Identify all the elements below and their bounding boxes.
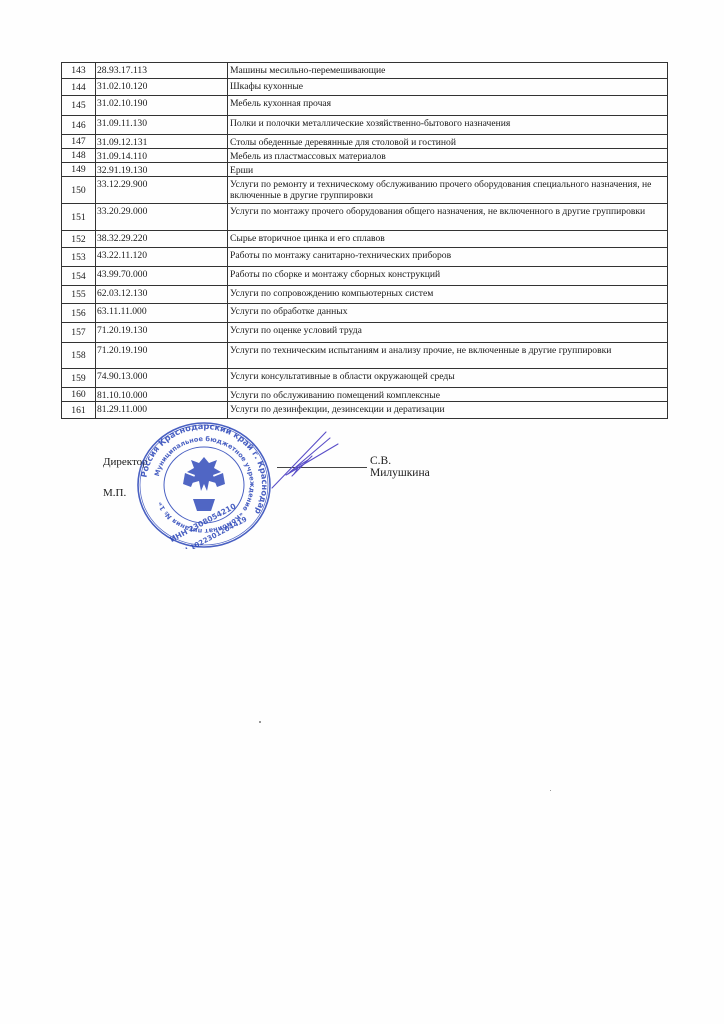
item-name-cell: Услуги по монтажу прочего оборудования о… (228, 204, 668, 231)
item-name-cell: Услуги по сопровождению компьютерных сис… (228, 286, 668, 304)
table-row: 15443.99.70.000Работы по сборке и монтаж… (62, 267, 668, 286)
table-row: 14831.09.14.110Мебель из пластмассовых м… (62, 149, 668, 163)
table-row: 16081.10.10.000Услуги по обслуживанию по… (62, 388, 668, 402)
item-name-cell: Услуги по обработке данных (228, 304, 668, 323)
table-row: 14431.02.10.120Шкафы кухонные (62, 79, 668, 96)
item-name-cell: Мебель из пластмассовых материалов (228, 149, 668, 163)
table-row: 15663.11.11.000Услуги по обработке данны… (62, 304, 668, 323)
item-name-cell: Сырье вторичное цинка и его сплавов (228, 231, 668, 248)
row-number-cell: 154 (62, 267, 96, 286)
row-number-cell: 152 (62, 231, 96, 248)
okpd-code-cell: 31.02.10.120 (96, 79, 228, 96)
row-number-cell: 144 (62, 79, 96, 96)
okpd-code-cell: 43.22.11.120 (96, 248, 228, 267)
okpd-code-cell: 81.10.10.000 (96, 388, 228, 402)
official-seal-icon: Россия Краснодарский край г. Краснодар М… (135, 421, 273, 549)
signer-name: С.В. Милушкина (370, 455, 430, 479)
item-name-cell: Услуги по техническим испытаниям и анали… (228, 343, 668, 369)
row-number-cell: 149 (62, 163, 96, 177)
table-row: 15133.20.29.000Услуги по монтажу прочего… (62, 204, 668, 231)
item-name-cell: Работы по монтажу санитарно-технических … (228, 248, 668, 267)
table-row: 15033.12.29.900Услуги по ремонту и техни… (62, 177, 668, 204)
table-row: 15771.20.19.130Услуги по оценке условий … (62, 323, 668, 343)
row-number-cell: 147 (62, 135, 96, 149)
row-number-cell: 150 (62, 177, 96, 204)
table-row: 14328.93.17.113Машины месильно-перемешив… (62, 63, 668, 79)
okpd-code-cell: 81.29.11.000 (96, 402, 228, 419)
row-number-cell: 145 (62, 96, 96, 116)
okpd-code-cell: 74.90.13.000 (96, 369, 228, 388)
okpd-code-table: 14328.93.17.113Машины месильно-перемешив… (61, 62, 668, 419)
item-name-cell: Услуги консультативные в области окружаю… (228, 369, 668, 388)
table-row: 14531.02.10.190Мебель кухонная прочая (62, 96, 668, 116)
row-number-cell: 160 (62, 388, 96, 402)
row-number-cell: 161 (62, 402, 96, 419)
row-number-cell: 151 (62, 204, 96, 231)
table-row: 15343.22.11.120Работы по монтажу санитар… (62, 248, 668, 267)
okpd-code-cell: 33.12.29.900 (96, 177, 228, 204)
table-row: 15562.03.12.130Услуги по сопровождению к… (62, 286, 668, 304)
okpd-code-cell: 31.09.11.130 (96, 116, 228, 135)
item-name-cell: Работы по сборке и монтажу сборных конст… (228, 267, 668, 286)
table-row: 16181.29.11.000Услуги по дезинфекции, де… (62, 402, 668, 419)
row-number-cell: 158 (62, 343, 96, 369)
table-row: 15974.90.13.000Услуги консультативные в … (62, 369, 668, 388)
item-name-cell: Столы обеденные деревянные для столовой … (228, 135, 668, 149)
table-row: 14631.09.11.130Полки и полочки металличе… (62, 116, 668, 135)
table-row: 15238.32.29.220Сырье вторичное цинка и е… (62, 231, 668, 248)
table-row: 14932.91.19.130Ерши (62, 163, 668, 177)
row-number-cell: 159 (62, 369, 96, 388)
row-number-cell: 157 (62, 323, 96, 343)
okpd-code-cell: 31.09.14.110 (96, 149, 228, 163)
row-number-cell: 156 (62, 304, 96, 323)
row-number-cell: 143 (62, 63, 96, 79)
table-row: 14731.09.12.131Столы обеденные деревянны… (62, 135, 668, 149)
item-name-cell: Шкафы кухонные (228, 79, 668, 96)
okpd-code-cell: 31.09.12.131 (96, 135, 228, 149)
okpd-code-cell: 38.32.29.220 (96, 231, 228, 248)
item-name-cell: Услуги по ремонту и техническому обслужи… (228, 177, 668, 204)
handwritten-signature-icon (268, 430, 358, 490)
item-name-cell: Полки и полочки металлические хозяйствен… (228, 116, 668, 135)
row-number-cell: 153 (62, 248, 96, 267)
okpd-code-cell: 31.02.10.190 (96, 96, 228, 116)
row-number-cell: 148 (62, 149, 96, 163)
okpd-code-cell: 71.20.19.190 (96, 343, 228, 369)
item-name-cell: Услуги по дезинфекции, дезинсекции и дер… (228, 402, 668, 419)
okpd-code-cell: 71.20.19.130 (96, 323, 228, 343)
item-name-cell: Услуги по оценке условий труда (228, 323, 668, 343)
table-row: 15871.20.19.190Услуги по техническим исп… (62, 343, 668, 369)
okpd-code-cell: 43.99.70.000 (96, 267, 228, 286)
okpd-code-cell: 33.20.29.000 (96, 204, 228, 231)
okpd-code-cell: 62.03.12.130 (96, 286, 228, 304)
item-name-cell: Машины месильно-перемешивающие (228, 63, 668, 79)
okpd-code-cell: 32.91.19.130 (96, 163, 228, 177)
okpd-code-cell: 28.93.17.113 (96, 63, 228, 79)
item-name-cell: Ерши (228, 163, 668, 177)
okpd-code-cell: 63.11.11.000 (96, 304, 228, 323)
row-number-cell: 146 (62, 116, 96, 135)
item-name-cell: Услуги по обслуживанию помещений комплек… (228, 388, 668, 402)
document-page: 14328.93.17.113Машины месильно-перемешив… (0, 0, 724, 1024)
item-name-cell: Мебель кухонная прочая (228, 96, 668, 116)
scan-speck (550, 790, 551, 791)
row-number-cell: 155 (62, 286, 96, 304)
scan-speck (259, 721, 261, 723)
seal-place-label: М.П. (103, 487, 126, 499)
